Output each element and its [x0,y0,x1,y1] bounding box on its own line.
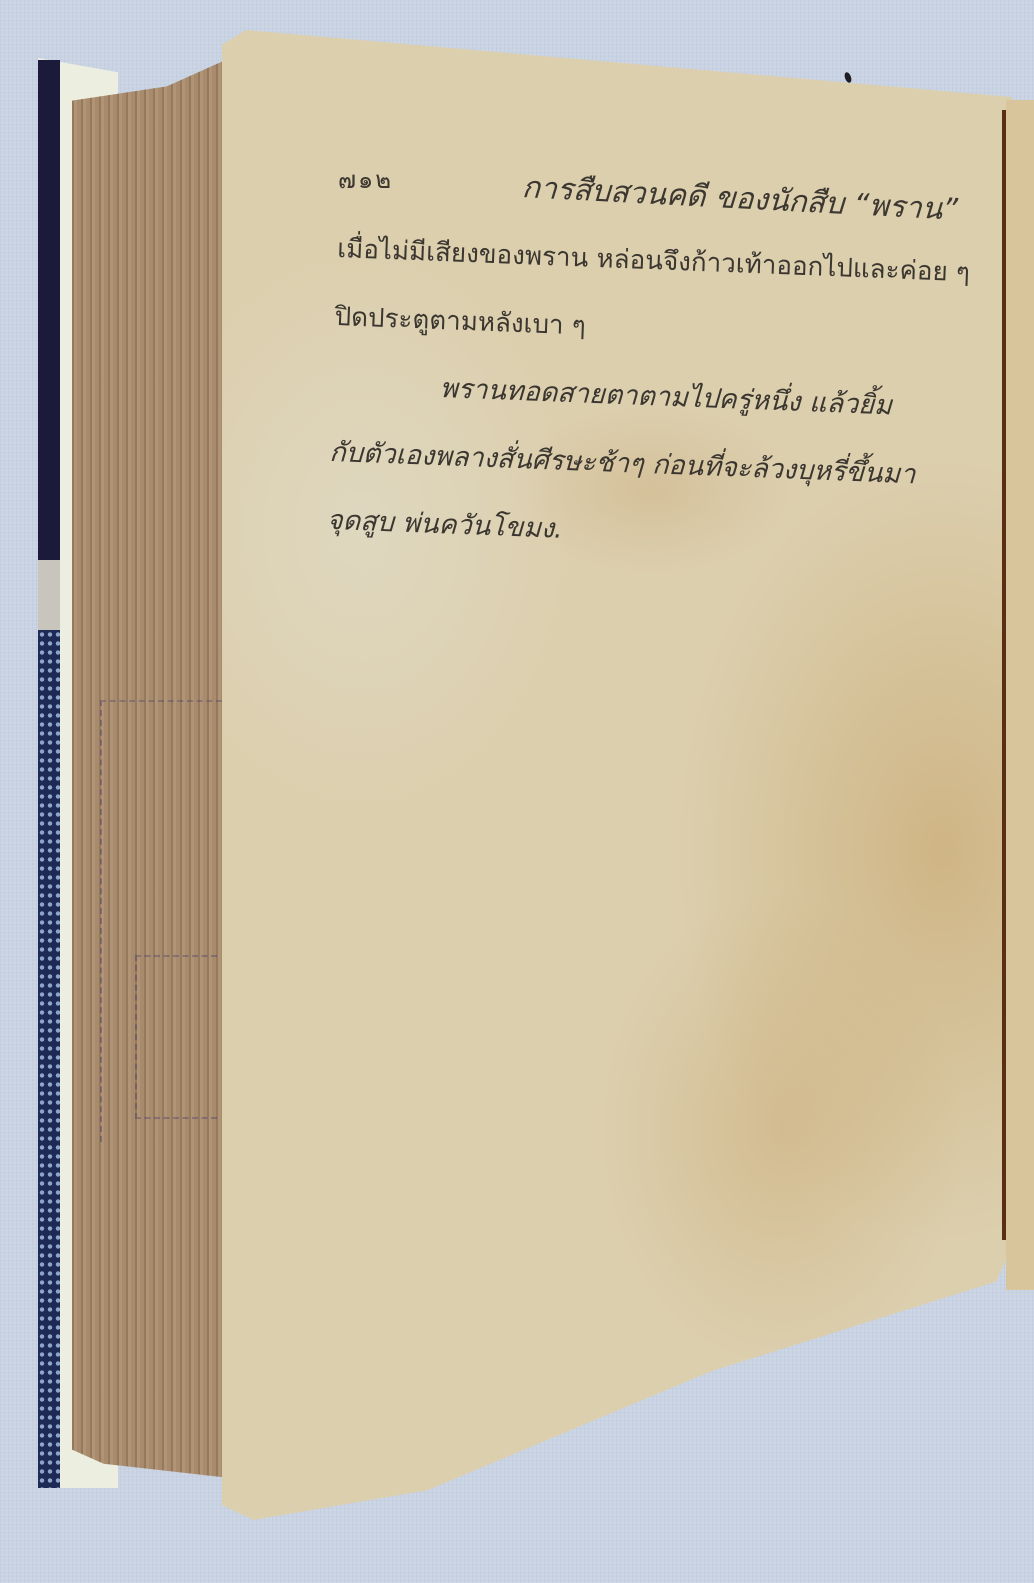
text-line: ปิดประตูตามหลังเบา ๆ [334,298,955,360]
cover-tape-patch [38,560,60,630]
book-cover-edge [38,60,60,1488]
text-line-paragraph-start: พรานทอดสายตาตามไปครู่หนึ่ง แล้วยิ้ม [331,366,952,428]
page-number: ๗๑๒ [338,160,393,199]
page-header: ๗๑๒ การสืบสวนคดี ของนักสืบ “พราน” [338,160,958,210]
page-body-text: เมื่อไม่มีเสียงของพราน หล่อนจึงก้าวเท้าอ… [325,230,958,594]
cover-dotted-fabric [38,630,60,1488]
cover-dark-band [38,60,60,560]
text-line: กับตัวเองพลางสั่นศีรษะช้าๆ ก่อนที่จะล้วง… [329,434,950,496]
facing-page-edge [1006,100,1034,1290]
text-line: จุดสูบ พ่นควันโขมง. [326,502,947,564]
handwritten-edge-mark-lower [135,955,217,1119]
insect-speck [843,71,852,83]
